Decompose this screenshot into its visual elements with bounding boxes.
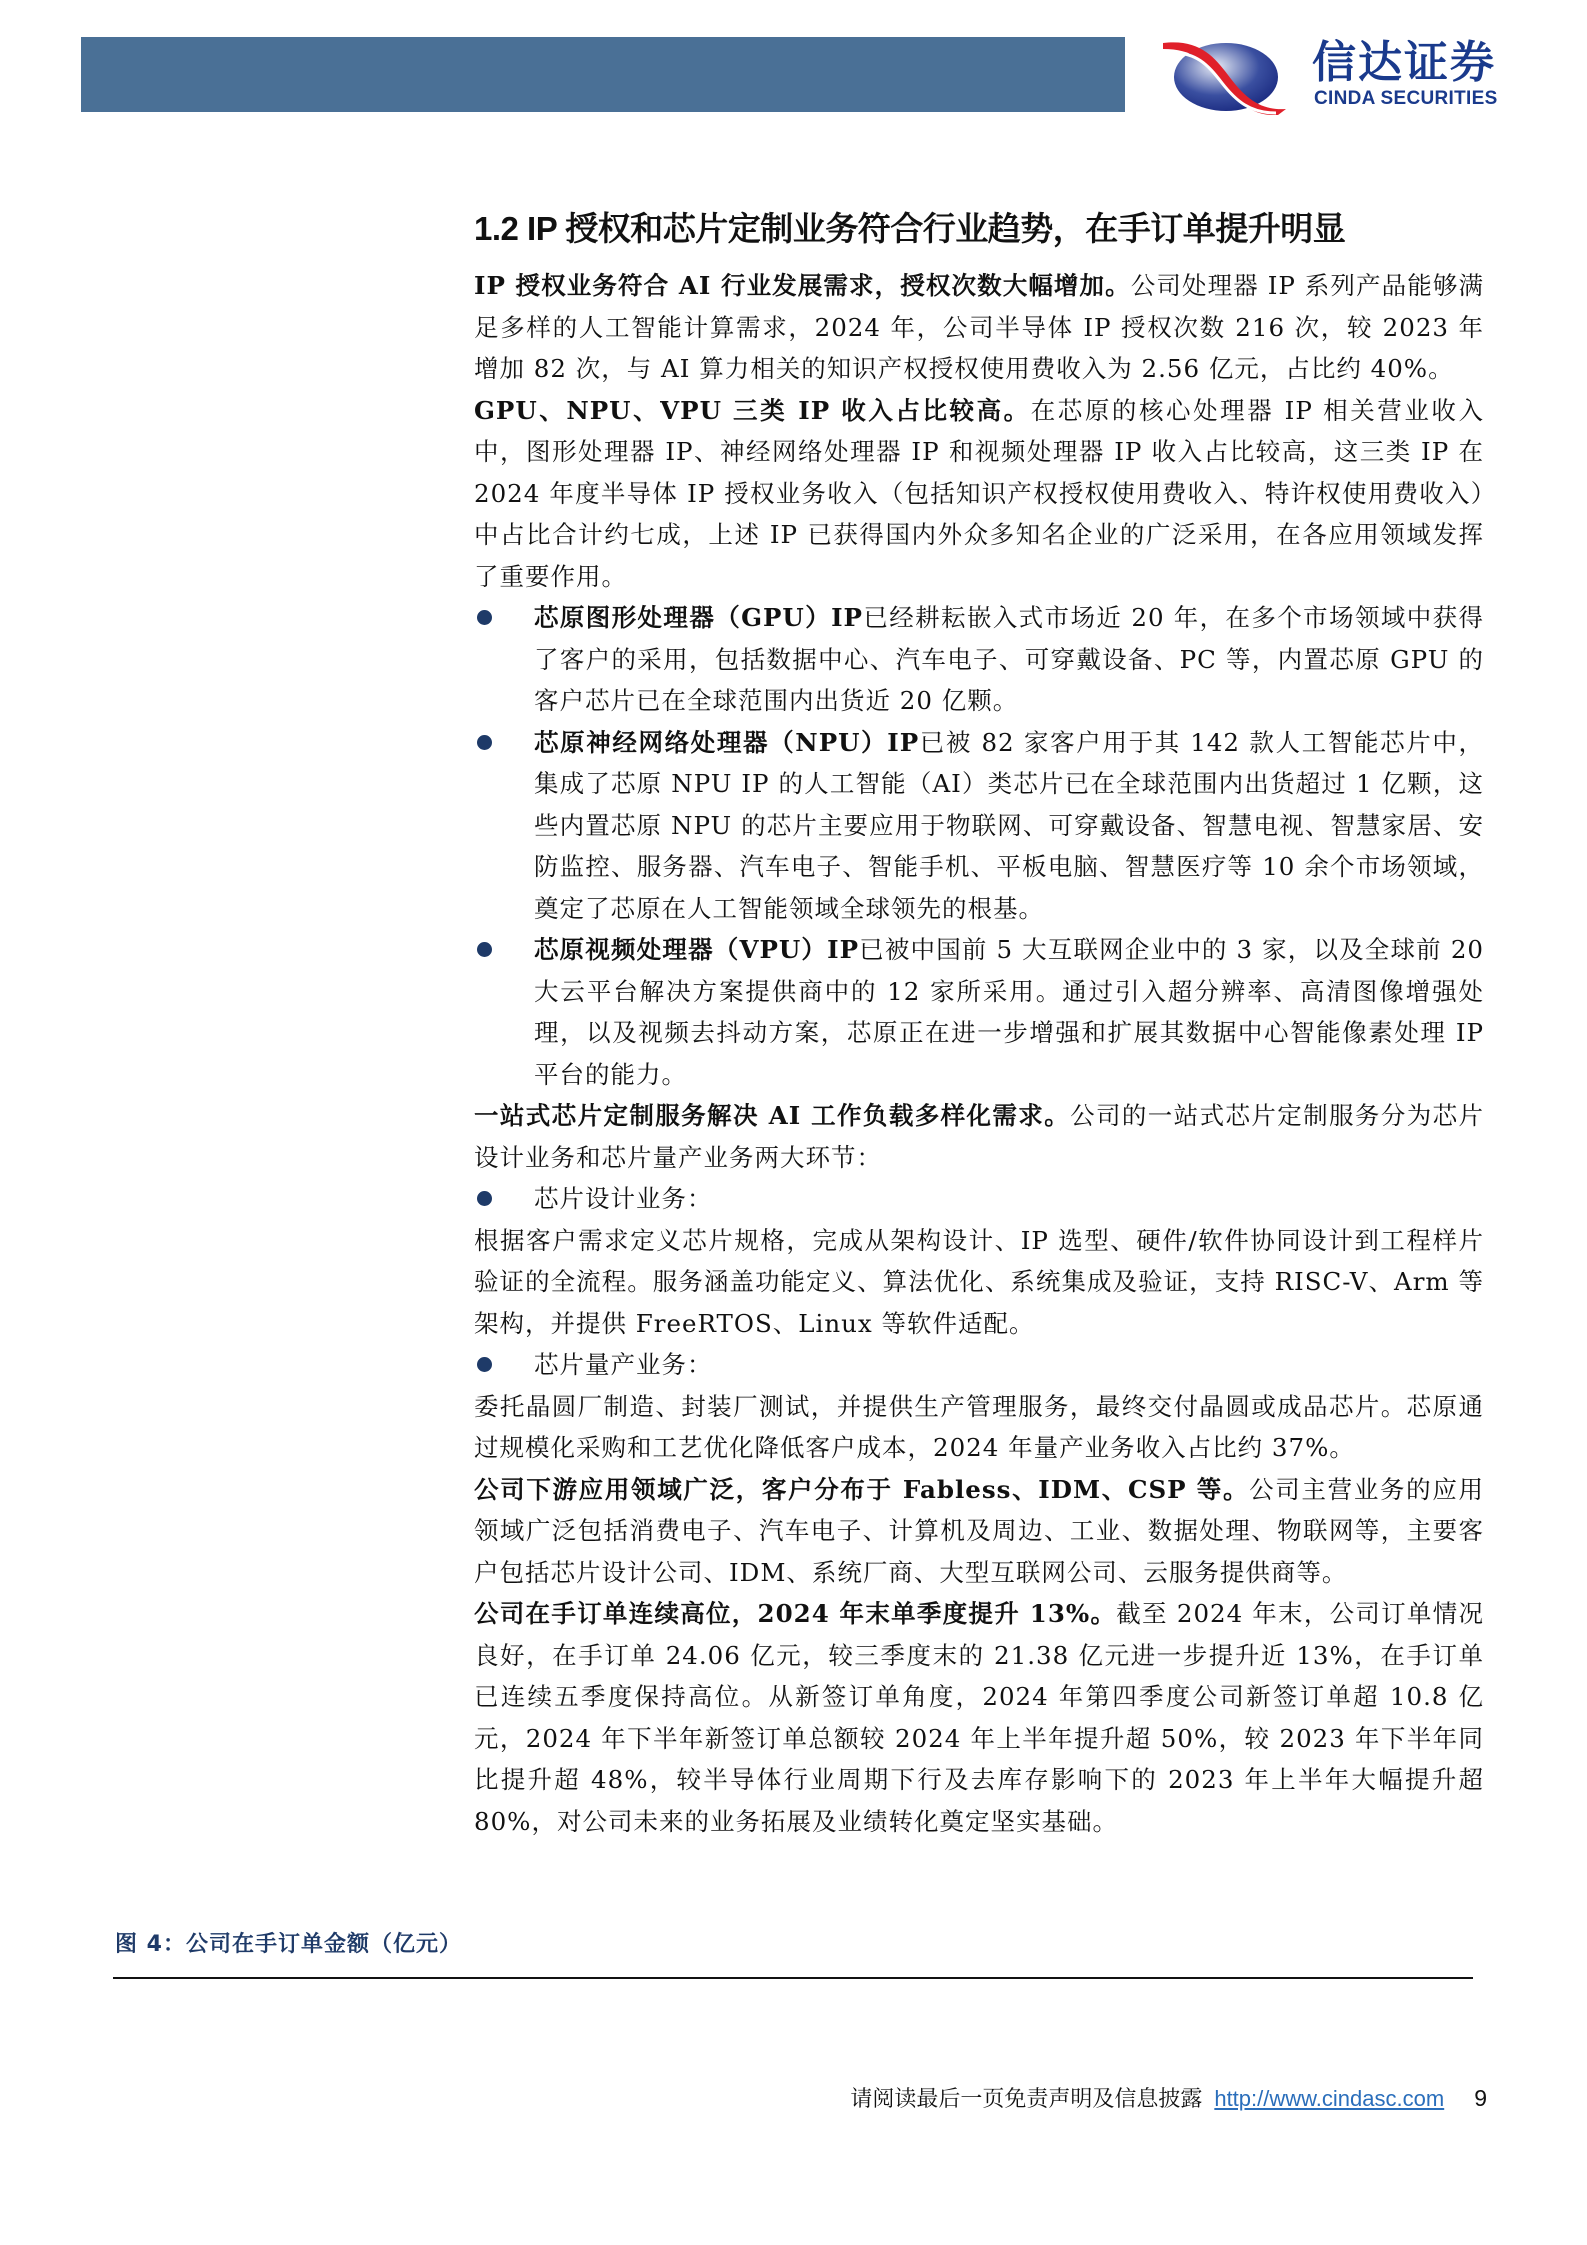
page-footer: 请阅读最后一页免责声明及信息披露 http://www.cindasc.com … xyxy=(850,2082,1487,2113)
paragraph-ip-licensing: IP 授权业务符合 AI 行业发展需求，授权次数大幅增加。公司处理器 IP 系列… xyxy=(474,265,1484,390)
bullet-dot-icon xyxy=(477,610,492,625)
bullet-npu: 芯原神经网络处理器（NPU）IP已被 82 家客户用于其 142 款人工智能芯片… xyxy=(474,722,1484,930)
paragraph-lead: 公司在手订单连续高位，2024 年末单季度提升 13%。 xyxy=(474,1599,1116,1628)
section-title: 1.2 IP 授权和芯片定制业务符合行业趋势，在手订单提升明显 xyxy=(474,205,1484,253)
page-number: 9 xyxy=(1474,2085,1487,2112)
website-link[interactable]: http://www.cindasc.com xyxy=(1214,2086,1444,2112)
logo-english-name: CINDA SECURITIES xyxy=(1314,88,1498,110)
bullet-vpu: 芯原视频处理器（VPU）IP已被中国前 5 大互联网企业中的 3 家，以及全球前… xyxy=(474,929,1484,1095)
paragraph-lead: IP 授权业务符合 AI 行业发展需求，授权次数大幅增加。 xyxy=(474,271,1131,300)
cinda-logo-icon xyxy=(1158,35,1288,115)
logo-chinese-name: 信达证券 xyxy=(1312,38,1496,88)
bullet-chip-production: 芯片量产业务： xyxy=(474,1344,1484,1386)
bullet-chip-design: 芯片设计业务： xyxy=(474,1178,1484,1220)
report-body: 1.2 IP 授权和芯片定制业务符合行业趋势，在手订单提升明显 IP 授权业务符… xyxy=(474,205,1484,1842)
paragraph-chip-production: 委托晶圆厂制造、封装厂测试，并提供生产管理服务，最终交付晶圆或成品芯片。芯原通过… xyxy=(474,1386,1484,1469)
cinda-logo: 信达证券 CINDA SECURITIES xyxy=(1150,30,1540,120)
paragraph-gpu-npu-vpu: GPU、NPU、VPU 三类 IP 收入占比较高。在芯原的核心处理器 IP 相关… xyxy=(474,390,1484,598)
bullet-gpu: 芯原图形处理器（GPU）IP已经耕耘嵌入式市场近 20 年，在多个市场领域中获得… xyxy=(474,597,1484,722)
header-bar xyxy=(81,37,1125,112)
bullet-dot-icon xyxy=(477,735,492,750)
figure-divider xyxy=(113,1977,1473,1979)
paragraph-downstream: 公司下游应用领域广泛，客户分布于 Fabless、IDM、CSP 等。公司主营业… xyxy=(474,1469,1484,1594)
paragraph-custom-chip: 一站式芯片定制服务解决 AI 工作负载多样化需求。公司的一站式芯片定制服务分为芯… xyxy=(474,1095,1484,1178)
bullet-dot-icon xyxy=(477,1191,492,1206)
bullet-dot-icon xyxy=(477,942,492,957)
paragraph-lead: 公司下游应用领域广泛，客户分布于 Fabless、IDM、CSP 等。 xyxy=(474,1475,1249,1504)
disclaimer-text: 请阅读最后一页免责声明及信息披露 xyxy=(850,2082,1202,2113)
paragraph-lead: 一站式芯片定制服务解决 AI 工作负载多样化需求。 xyxy=(474,1101,1070,1130)
figure-title: 图 4：公司在手订单金额（亿元） xyxy=(115,1927,462,1958)
bullet-dot-icon xyxy=(477,1357,492,1372)
paragraph-lead: GPU、NPU、VPU 三类 IP 收入占比较高。 xyxy=(474,396,1031,425)
paragraph-chip-design: 根据客户需求定义芯片规格，完成从架构设计、IP 选型、硬件/软件协同设计到工程样… xyxy=(474,1220,1484,1345)
paragraph-orders: 公司在手订单连续高位，2024 年末单季度提升 13%。截至 2024 年末，公… xyxy=(474,1593,1484,1842)
